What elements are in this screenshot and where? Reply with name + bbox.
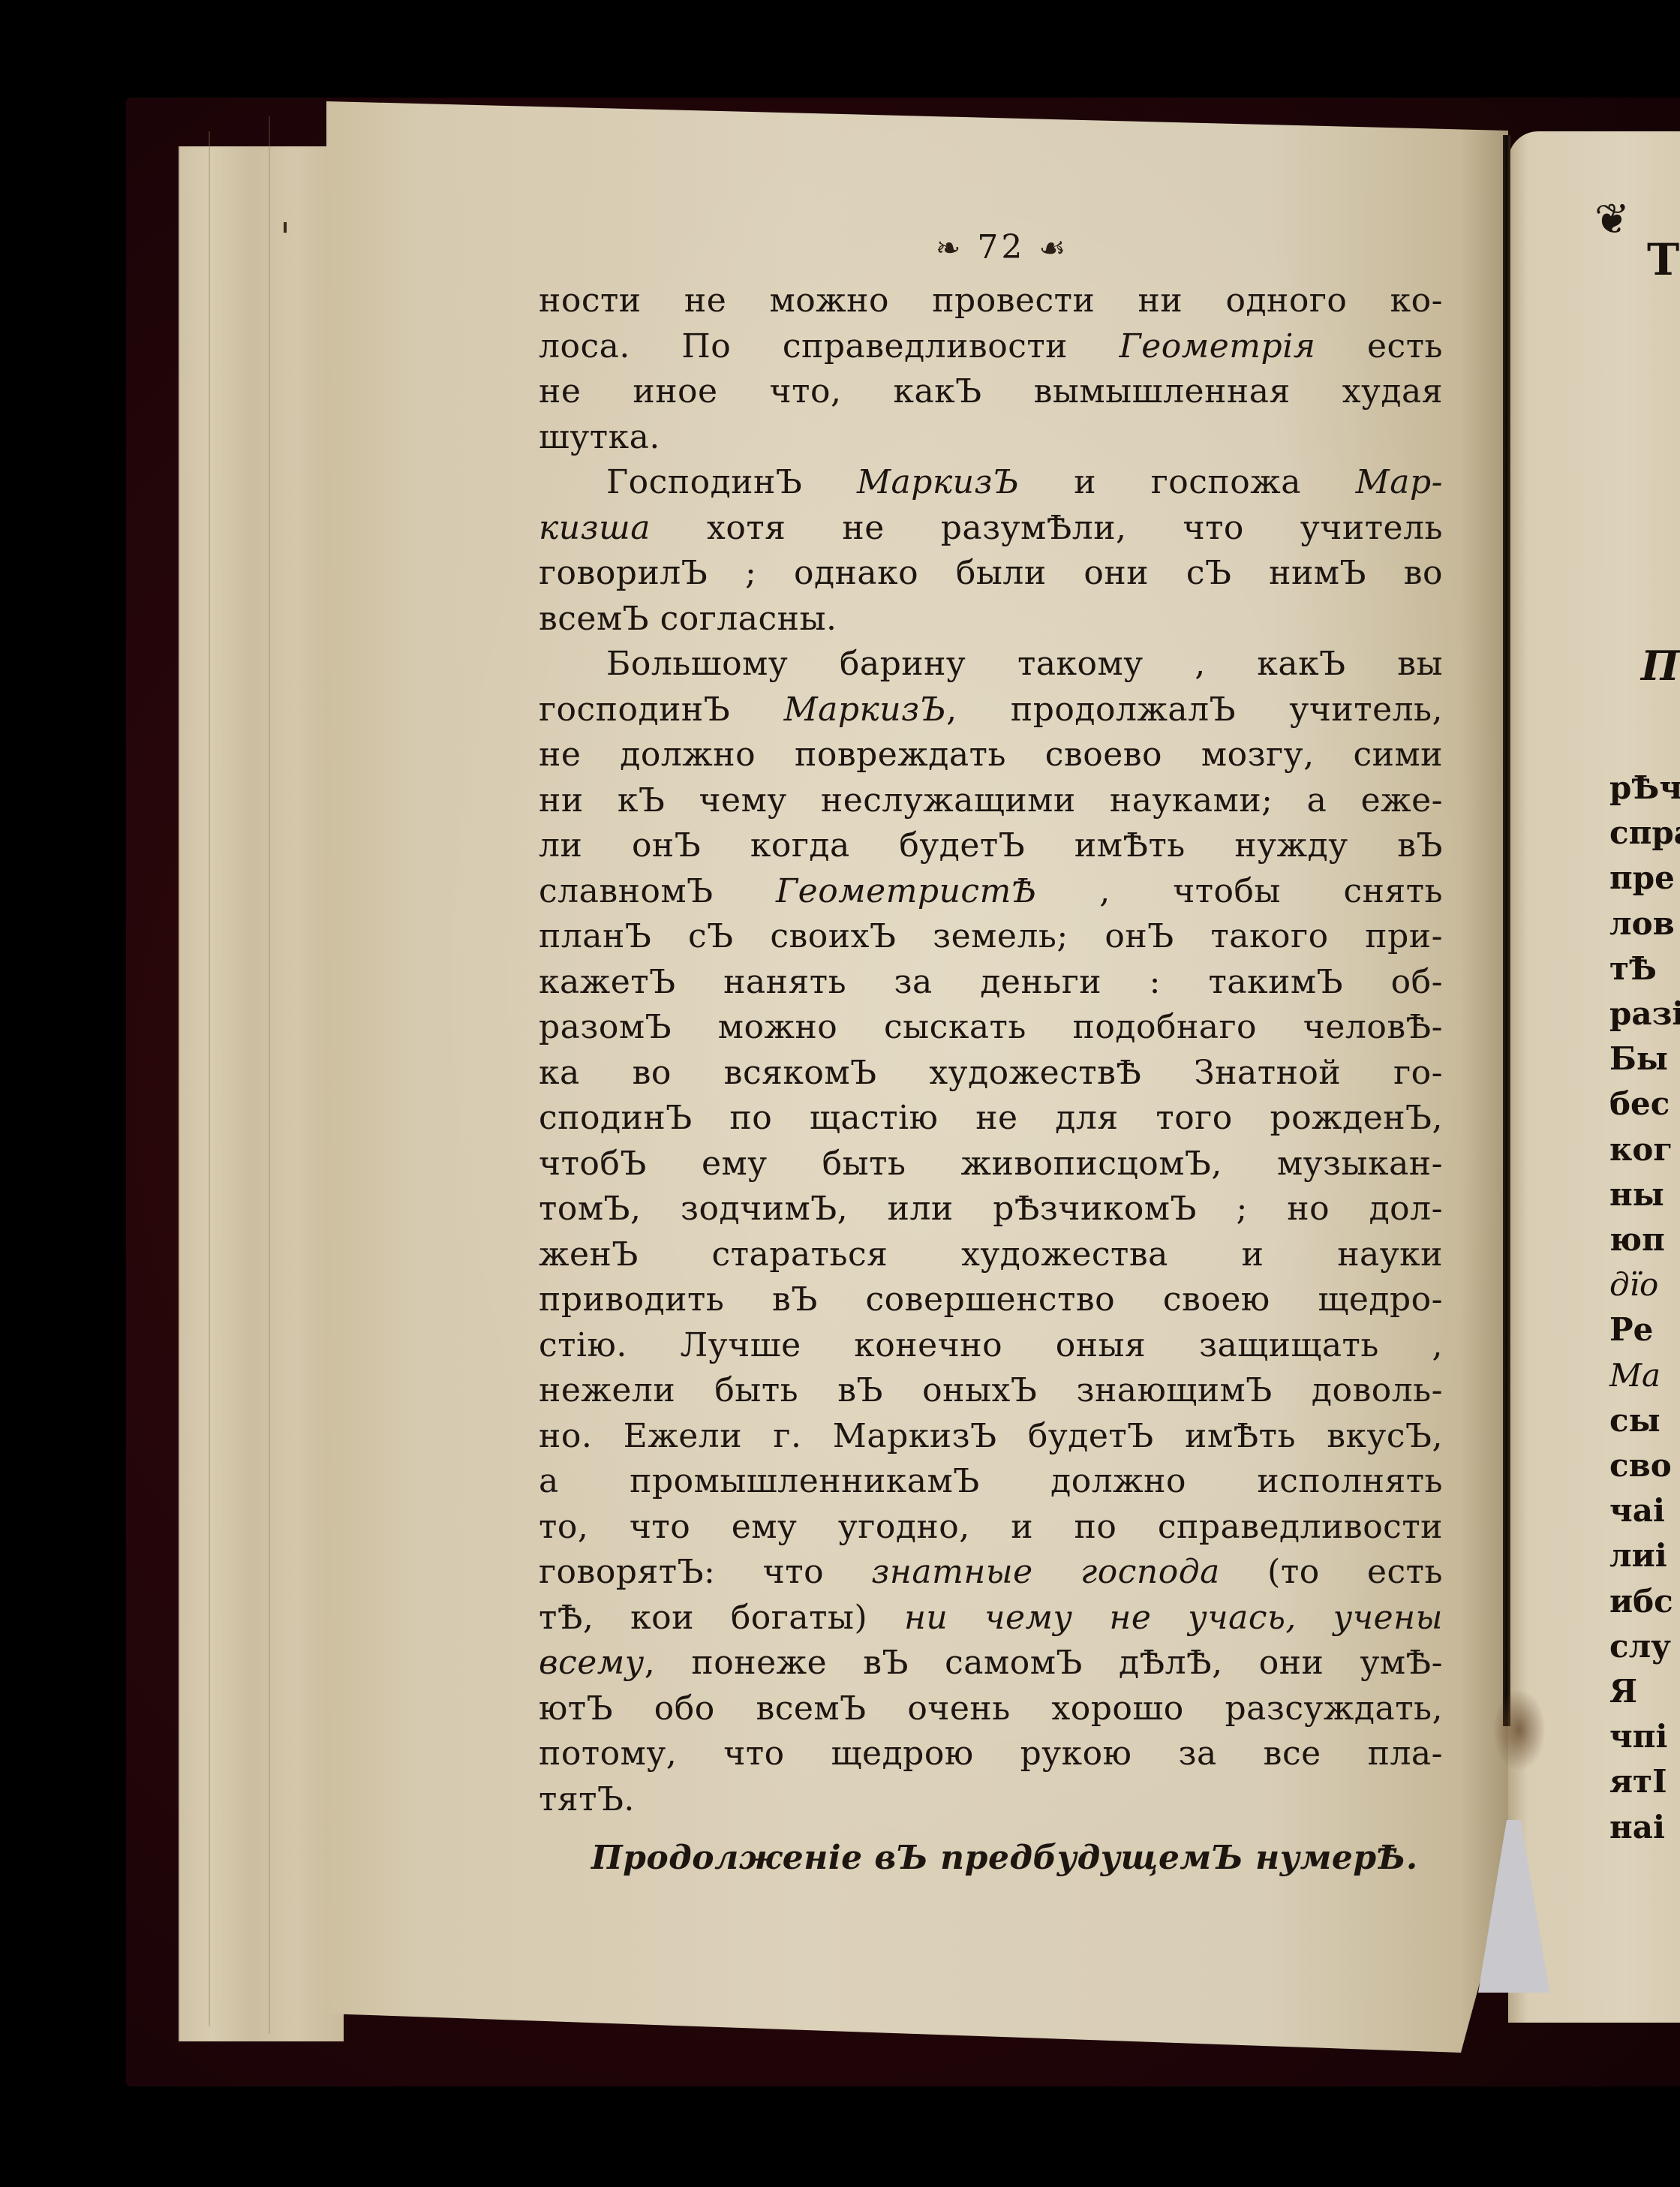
italic-term: МаркизЪ	[784, 690, 947, 729]
text-line: говорятЪ: что знатные господа (то есть	[539, 1550, 1443, 1596]
text-line: тятЪ.	[539, 1777, 1443, 1823]
text-line: стію. Лучше конечно оныя защищать ,	[539, 1323, 1443, 1369]
text-line: то, что ему угодно, и по справедливости	[539, 1505, 1443, 1551]
right-page-text-fragments: рѢч спра пре лов тѢ разі Бы бес ког ны ю…	[1609, 766, 1680, 1850]
text-fragment: Я	[1609, 1669, 1680, 1714]
italic-term: ГеометристѢ	[776, 872, 1037, 910]
text-line: ности не можно провести ни одного ко-	[539, 278, 1443, 324]
paper-stain	[1493, 1689, 1546, 1771]
paper-speck	[284, 222, 287, 233]
book-gutter	[1503, 135, 1510, 1726]
chapter-initial: Т	[1647, 234, 1679, 285]
text-fragment: ибс	[1609, 1579, 1680, 1624]
text-line: лоса. По справедливости Геометрія есть	[539, 324, 1443, 370]
text-fragment: ны	[1609, 1172, 1680, 1217]
text-fragment: сы	[1609, 1398, 1680, 1443]
italic-phrase: ни чему не учась, учены	[904, 1599, 1443, 1637]
text-fragment: дїо	[1609, 1262, 1680, 1307]
paragraph-start: Большому барину такому , какЪ вы	[539, 642, 1443, 687]
text-fragment: лов	[1609, 901, 1680, 946]
paragraph-start: ГосподинЪ МаркизЪ и госпожа Мар-	[539, 460, 1443, 506]
italic-term: Геометрія	[1119, 327, 1316, 366]
text-line: а промышленникамЪ должно исполнять	[539, 1459, 1443, 1505]
text-line: сподинЪ по щастію не для того рожденЪ,	[539, 1096, 1443, 1142]
text-fragment: Бы	[1609, 1036, 1680, 1081]
text-line: потому, что щедрою рукою за все пла-	[539, 1731, 1443, 1777]
text-line: ка во всякомЪ художествѢ Знатной го-	[539, 1051, 1443, 1097]
text-line: всему, понеже вЪ самомЪ дѢлѢ, они умѢ-	[539, 1641, 1443, 1686]
text-line: господинЪ МаркизЪ, продолжалЪ учитель,	[539, 687, 1443, 733]
italic-term: МаркизЪ	[857, 463, 1020, 501]
text-line: кизша хотя не разумѢли, что учитель	[539, 506, 1443, 552]
text-fragment: тѢ	[1609, 946, 1680, 991]
text-line: но. Ежели г. МаркизЪ будетЪ имѢть вкусЪ,	[539, 1414, 1443, 1460]
text-fragment: пре	[1609, 856, 1680, 901]
continuation-note: Продолженіе вЪ предбудущемЪ нумерѢ.	[539, 1836, 1443, 1881]
text-line: говорилЪ ; однако были они сЪ нимЪ во	[539, 551, 1443, 597]
text-fragment: наі	[1609, 1805, 1680, 1850]
italic-phrase: всему	[539, 1644, 645, 1682]
text-line: разомЪ можно сыскать подобнаго человѢ-	[539, 1005, 1443, 1051]
page-number: 72	[977, 228, 1025, 266]
text-fragment: сво	[1609, 1443, 1680, 1488]
italic-phrase: знатные господа	[871, 1553, 1219, 1591]
text-fragment: чаі	[1609, 1488, 1680, 1533]
text-fragment: чпі	[1609, 1714, 1680, 1759]
text-line: не должно повреждать своево мозгу, сими	[539, 733, 1443, 778]
text-fragment: ког	[1609, 1127, 1680, 1172]
text-line: ни кЪ чему неслужащими науками; а еже-	[539, 778, 1443, 824]
italic-term: кизша	[539, 509, 651, 547]
ornament-right-icon: ☙	[1038, 231, 1068, 266]
text-line: кажетЪ нанять за деньги : такимЪ об-	[539, 960, 1443, 1006]
text-fragment: слу	[1609, 1624, 1680, 1669]
text-fragment: рѢч	[1609, 766, 1680, 811]
text-line: ли онЪ когда будетЪ имѢть нужду вЪ	[539, 823, 1443, 869]
text-fragment: лиі	[1609, 1533, 1680, 1578]
text-line: чтобЪ ему быть живописцомЪ, музыкан-	[539, 1142, 1443, 1187]
right-page-heading-fragment: П	[1641, 642, 1679, 690]
page-edges-stack	[179, 146, 344, 2041]
text-line: тѢ, кои богаты) ни чему не учась, учены	[539, 1596, 1443, 1641]
text-line: женЪ стараться художества и науки	[539, 1232, 1443, 1278]
text-line: приводить вЪ совершенство своею щедро-	[539, 1277, 1443, 1323]
text-fragment: юп	[1609, 1217, 1680, 1262]
text-line: шутка.	[539, 415, 1443, 461]
text-line: нежели быть вЪ оныхЪ знающимЪ доволь-	[539, 1368, 1443, 1414]
text-fragment: Ма	[1609, 1353, 1680, 1398]
text-line: не иное что, какЪ вымышленная худая	[539, 369, 1443, 415]
text-fragment: спра	[1609, 811, 1680, 856]
text-fragment: Ре	[1609, 1307, 1680, 1352]
text-fragment: ятІ	[1609, 1759, 1680, 1804]
text-fragment: разі	[1609, 991, 1680, 1036]
ornament-left-icon: ❧	[936, 231, 964, 266]
text-line: ютЪ обо всемЪ очень хорошо разсуждать,	[539, 1686, 1443, 1732]
running-head: ❧ 72 ☙	[561, 225, 1443, 271]
left-page-text: ❧ 72 ☙ ности не можно провести ни одного…	[539, 225, 1443, 1881]
text-line: всемЪ согласны.	[539, 597, 1443, 642]
text-line: планЪ сЪ своихЪ земель; онЪ такого при-	[539, 914, 1443, 960]
text-line: славномЪ ГеометристѢ , чтобы снять	[539, 869, 1443, 915]
text-fragment: бес	[1609, 1081, 1680, 1127]
text-line: томЪ, зодчимЪ, или рѢзчикомЪ ; но дол-	[539, 1187, 1443, 1232]
